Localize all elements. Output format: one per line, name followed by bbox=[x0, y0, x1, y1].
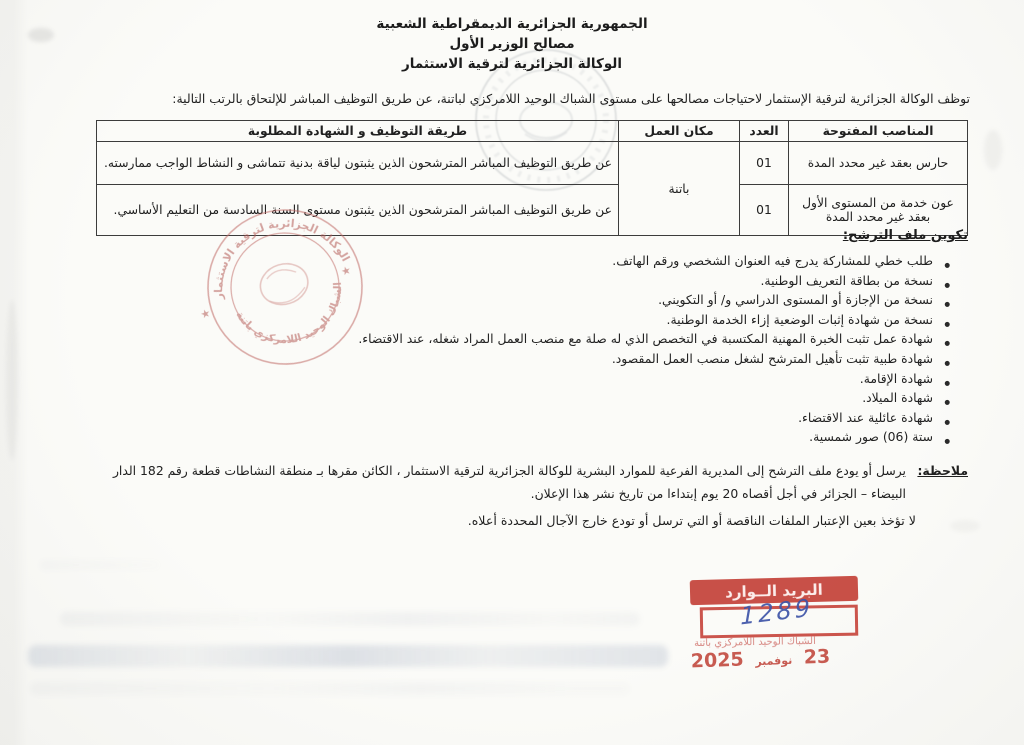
note-text: يرسل أو يودع ملف الترشح إلى المديرية الف… bbox=[113, 463, 906, 501]
stamp-date-year: 2025 bbox=[690, 649, 744, 673]
show-through-smudge bbox=[30, 682, 630, 695]
stamp-date-day: 23 bbox=[803, 646, 830, 669]
requirement-item: طلب خطي للمشاركة يدرج فيه العنوان الشخصي… bbox=[40, 251, 950, 271]
requirement-item: نسخة من بطاقة التعريف الوطنية. bbox=[40, 271, 950, 291]
header-work-location: مكان العمل bbox=[619, 121, 740, 142]
note-label: ملاحظة: bbox=[917, 459, 968, 482]
cell-method-guard: عن طريق التوظيف المباشر المترشحون الذين … bbox=[97, 142, 619, 185]
header-open-positions: المناصب المفتوحة bbox=[789, 121, 968, 142]
requirement-item: ستة (06) صور شمسية. bbox=[40, 427, 950, 447]
requirement-item: شهادة عمل تثبت الخبرة المهنية المكتسبة ف… bbox=[40, 329, 950, 349]
show-through-smudge bbox=[40, 560, 160, 570]
show-through-smudge bbox=[60, 612, 640, 626]
stamp-date-month: نوفمبر bbox=[755, 654, 792, 668]
cell-count-service-agent: 01 bbox=[740, 185, 789, 236]
requirement-item: شهادة الميلاد. bbox=[40, 388, 950, 408]
requirement-item: نسخة من شهادة إثبات الوضعية إزاء الخدمة … bbox=[40, 310, 950, 330]
file-section-title: تكوين ملف الترشح: bbox=[843, 228, 968, 243]
header-count: العدد bbox=[740, 121, 789, 142]
cell-position-guard: حارس بعقد غير محدد المدة bbox=[789, 142, 968, 185]
requirements-list: طلب خطي للمشاركة يدرج فيه العنوان الشخصي… bbox=[40, 251, 950, 447]
requirement-item: شهادة الإقامة. bbox=[40, 369, 950, 389]
requirement-item: شهادة عائلية عند الاقتضاء. bbox=[40, 408, 950, 428]
cell-count-guard: 01 bbox=[740, 142, 789, 185]
jobs-table-container: المناصب المفتوحة العدد مكان العمل طريقة … bbox=[96, 120, 968, 236]
requirement-item: شهادة طبية تثبت تأهيل المترشح لشغل منصب … bbox=[40, 349, 950, 369]
table-row: عون خدمة من المستوى الأول بعقد غير محدد … bbox=[97, 185, 968, 236]
header-line-ministry: مصالح الوزير الأول bbox=[0, 34, 1024, 54]
document-header: الجمهورية الجزائرية الديمقراطية الشعبية … bbox=[0, 14, 1024, 74]
intro-paragraph: توظف الوكالة الجزائرية لترقية الإستثمار … bbox=[44, 90, 970, 108]
scan-artifact bbox=[984, 130, 1002, 170]
header-line-agency: الوكالة الجزائرية لترقية الاستثمار bbox=[0, 54, 1024, 74]
scan-artifact bbox=[6, 300, 18, 460]
note-block: ملاحظة: يرسل أو يودع ملف الترشح إلى المد… bbox=[78, 459, 968, 505]
scanned-document-page: الجمهورية الجزائرية الديمقراطية الشعبية … bbox=[0, 0, 1024, 745]
warning-text: لا تؤخذ بعين الإعتبار الملفات الناقصة أو… bbox=[90, 513, 916, 528]
table-header-row: المناصب المفتوحة العدد مكان العمل طريقة … bbox=[97, 121, 968, 142]
cell-method-service-agent: عن طريق التوظيف المباشر المترشحون الذين … bbox=[97, 185, 619, 236]
jobs-table: المناصب المفتوحة العدد مكان العمل طريقة … bbox=[96, 120, 968, 236]
requirement-item: نسخة من الإجازة أو المستوى الدراسي و/ أو… bbox=[40, 290, 950, 310]
scan-artifact bbox=[950, 520, 980, 532]
header-recruitment-method: طريقة التوظيف و الشهادة المطلوبة bbox=[97, 121, 619, 142]
table-row: حارس بعقد غير محدد المدة 01 باتنة عن طري… bbox=[97, 142, 968, 185]
header-line-republic: الجمهورية الجزائرية الديمقراطية الشعبية bbox=[0, 14, 1024, 34]
cell-location: باتنة bbox=[619, 142, 740, 236]
show-through-smudge bbox=[28, 645, 668, 667]
